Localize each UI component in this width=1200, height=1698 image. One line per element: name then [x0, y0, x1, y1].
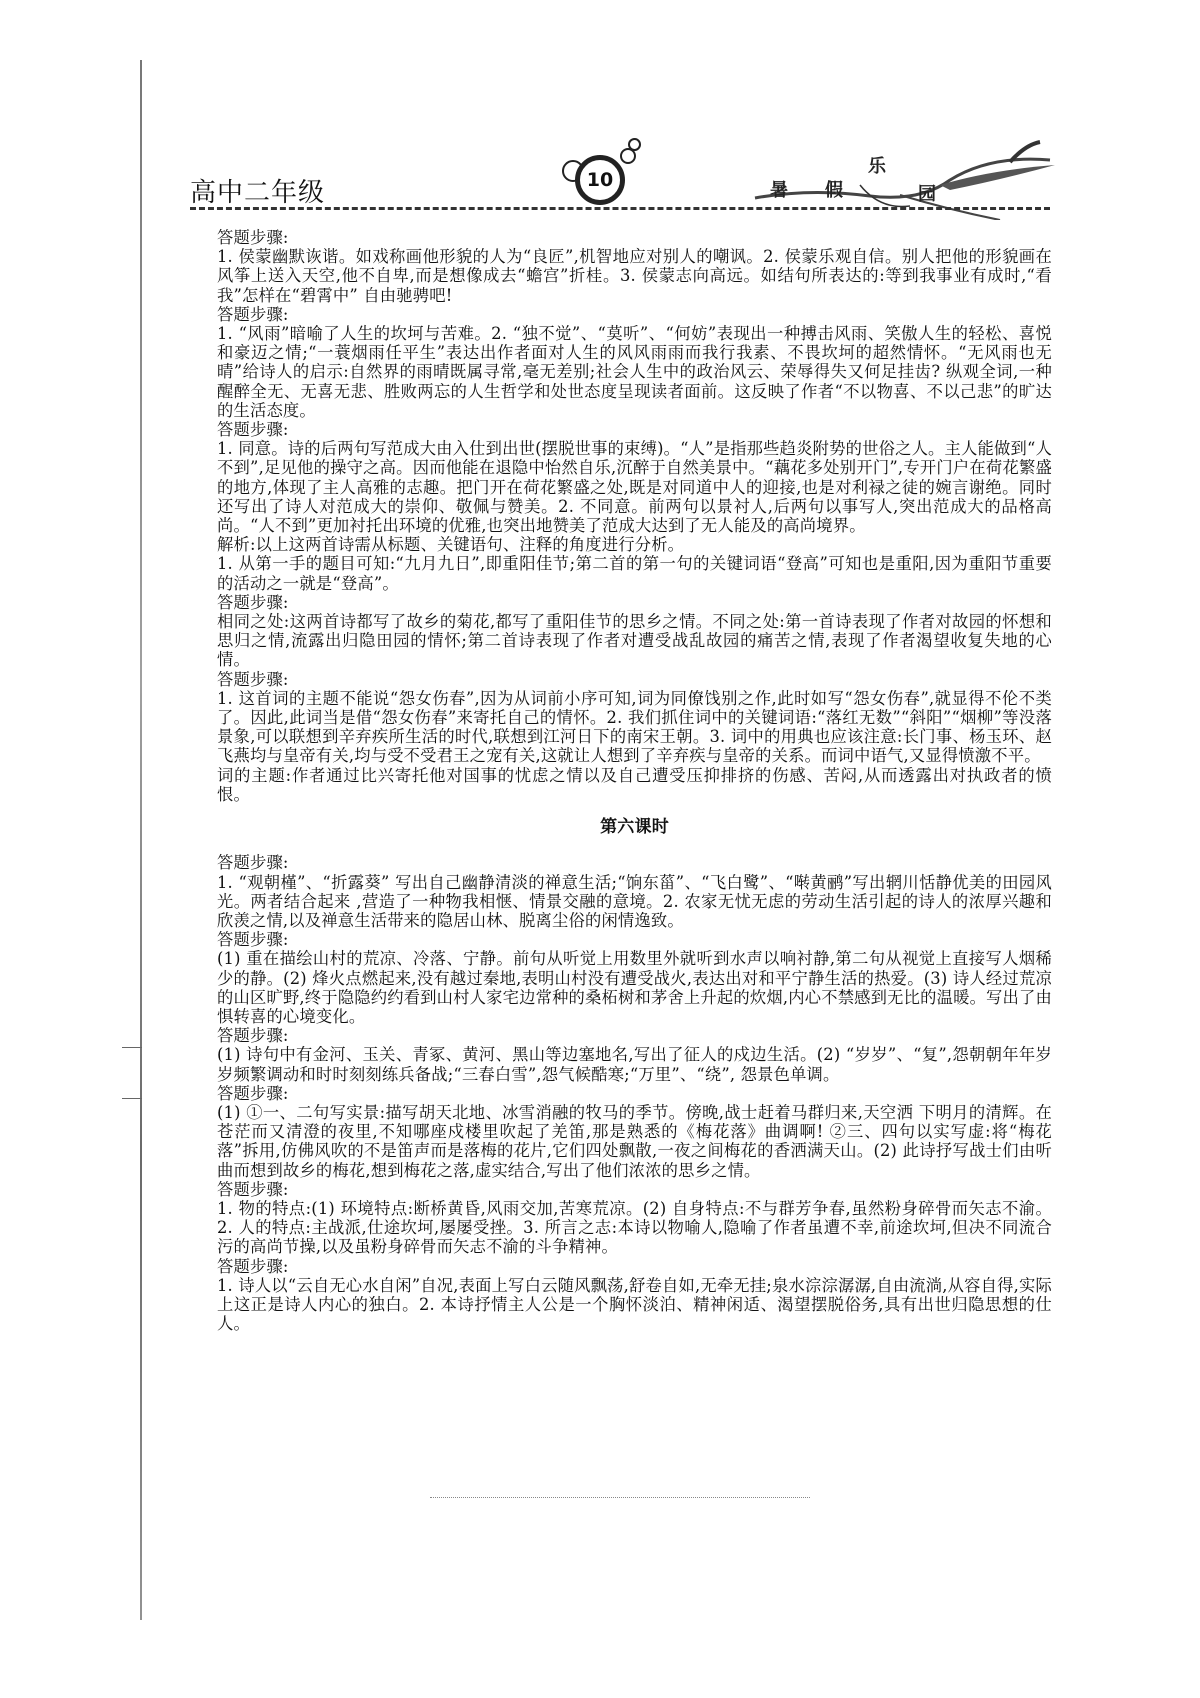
answer-text: (1) 重在描绘山村的荒凉、冷落、宁静。前句从听觉上用数里外就听到水声以响衬静,…	[217, 949, 1052, 1026]
brand-char: 园	[918, 180, 936, 206]
answer-block: 答题步骤: (1) 诗句中有金河、玉关、青冢、黄河、黑山等边塞地名,写出了征人的…	[217, 1026, 1052, 1084]
answer-block: 答题步骤: 相同之处:这两首诗都写了故乡的菊花,都写了重阳佳节的思乡之情。不同之…	[217, 593, 1052, 670]
step-label: 答题步骤:	[217, 1026, 1052, 1045]
scan-mark	[122, 1098, 142, 1099]
answer-text: 1. 从第一手的题目可知:“九月九日”,即重阳佳节;第二首的第一句的关键词语“登…	[217, 554, 1052, 592]
step-label: 答题步骤:	[217, 853, 1052, 872]
grade-title: 高中二年级	[190, 172, 325, 209]
step-label: 答题步骤:	[217, 305, 1052, 324]
answer-block: 答题步骤: 1. 物的特点:(1) 环境特点:断桥黄昏,风雨交加,苦寒荒凉。(2…	[217, 1180, 1052, 1257]
scan-mark	[122, 1047, 142, 1048]
answer-text: 1. “观朝槿”、“折露葵” 写出自己幽静清淡的禅意生活;“饷东菑”、“飞白鹭”…	[217, 873, 1052, 931]
answer-block: 1. 从第一手的题目可知:“九月九日”,即重阳佳节;第二首的第一句的关键词语“登…	[217, 554, 1052, 592]
theme-block: 词的主题:作者通过比兴寄托他对国事的忧虑之情以及自己遭受压抑排挤的伤感、苦闷,从…	[217, 766, 1052, 804]
page-number: 10	[587, 169, 613, 191]
step-label: 答题步骤:	[217, 930, 1052, 949]
scan-edge-line	[140, 60, 142, 1620]
step-label: 答题步骤:	[217, 670, 1052, 689]
answer-text: 相同之处:这两首诗都写了故乡的菊花,都写了重阳佳节的思乡之情。不同之处:第一首诗…	[217, 612, 1052, 670]
step-label: 答题步骤:	[217, 1084, 1052, 1103]
answer-text: 1. 同意。诗的后两句写范成大由入仕到出世(摆脱世事的束缚)。“人”是指那些趋炎…	[217, 439, 1052, 535]
brand-char: 暑	[770, 176, 788, 202]
step-label: 答题步骤:	[217, 593, 1052, 612]
answer-block: 答题步骤: (1) 重在描绘山村的荒凉、冷落、宁静。前句从听觉上用数里外就听到水…	[217, 930, 1052, 1026]
answer-block: 答题步骤: 1. “风雨”暗喻了人生的坎坷与苦难。2. “独不觉”、“莫听”、“…	[217, 305, 1052, 420]
step-label: 答题步骤:	[217, 1257, 1052, 1276]
step-label: 答题步骤:	[217, 1180, 1052, 1199]
header-divider	[190, 207, 1050, 210]
page-number-badge: 10	[575, 155, 625, 205]
answer-block: 答题步骤: 1. 这首词的主题不能说“怨女伤春”,因为从词前小序可知,词为同僚饯…	[217, 670, 1052, 766]
answer-block: 答题步骤: (1) ①一、二句写实景:描写胡天北地、冰雪消融的牧马的季节。傍晚,…	[217, 1084, 1052, 1180]
step-label: 答题步骤:	[217, 420, 1052, 439]
answer-text: (1) 诗句中有金河、玉关、青冢、黄河、黑山等边塞地名,写出了征人的戍边生活。(…	[217, 1045, 1052, 1083]
footer-divider	[430, 1497, 810, 1498]
answer-block: 答题步骤: 1. 同意。诗的后两句写范成大由入仕到出世(摆脱世事的束缚)。“人”…	[217, 420, 1052, 535]
answer-text: 1. “风雨”暗喻了人生的坎坷与苦难。2. “独不觉”、“莫听”、“何妨”表现出…	[217, 324, 1052, 420]
answer-text: 1. 物的特点:(1) 环境特点:断桥黄昏,风雨交加,苦寒荒凉。(2) 自身特点…	[217, 1199, 1052, 1257]
analysis-block: 解析:以上这两首诗需从标题、关键语句、注释的角度进行分析。	[217, 535, 1052, 554]
brand-logo: 暑 假 乐 园	[750, 140, 1060, 210]
answer-content: 答题步骤: 1. 侯蒙幽默诙谐。如戏称画他形貌的人为“良匠”,机智地应对别人的嘲…	[217, 228, 1052, 1333]
answer-text: 1. 诗人以“云自无心水自闲”自况,表面上写白云随风飘荡,舒卷自如,无牵无挂;泉…	[217, 1276, 1052, 1334]
answer-text: 1. 侯蒙幽默诙谐。如戏称画他形貌的人为“良匠”,机智地应对别人的嘲讽。2. 侯…	[217, 247, 1052, 305]
answer-block: 答题步骤: 1. 侯蒙幽默诙谐。如戏称画他形貌的人为“良匠”,机智地应对别人的嘲…	[217, 228, 1052, 305]
brand-char: 假	[825, 176, 843, 202]
section-title: 第六课时	[217, 818, 1052, 837]
answer-text: 1. 这首词的主题不能说“怨女伤春”,因为从词前小序可知,词为同僚饯别之作,此时…	[217, 689, 1052, 766]
answer-block: 答题步骤: 1. 诗人以“云自无心水自闲”自况,表面上写白云随风飘荡,舒卷自如,…	[217, 1257, 1052, 1334]
analysis-text: 解析:以上这两首诗需从标题、关键语句、注释的角度进行分析。	[217, 535, 1052, 554]
answer-block: 答题步骤: 1. “观朝槿”、“折露葵” 写出自己幽静清淡的禅意生活;“饷东菑”…	[217, 853, 1052, 930]
page-header: 高中二年级 10 暑 假 乐 园	[190, 120, 1060, 215]
theme-text: 词的主题:作者通过比兴寄托他对国事的忧虑之情以及自己遭受压抑排挤的伤感、苦闷,从…	[217, 766, 1052, 804]
brand-char: 乐	[868, 152, 886, 178]
answer-text: (1) ①一、二句写实景:描写胡天北地、冰雪消融的牧马的季节。傍晚,战士赶着马群…	[217, 1103, 1052, 1180]
bubble-decoration-icon	[628, 138, 641, 151]
step-label: 答题步骤:	[217, 228, 1052, 247]
